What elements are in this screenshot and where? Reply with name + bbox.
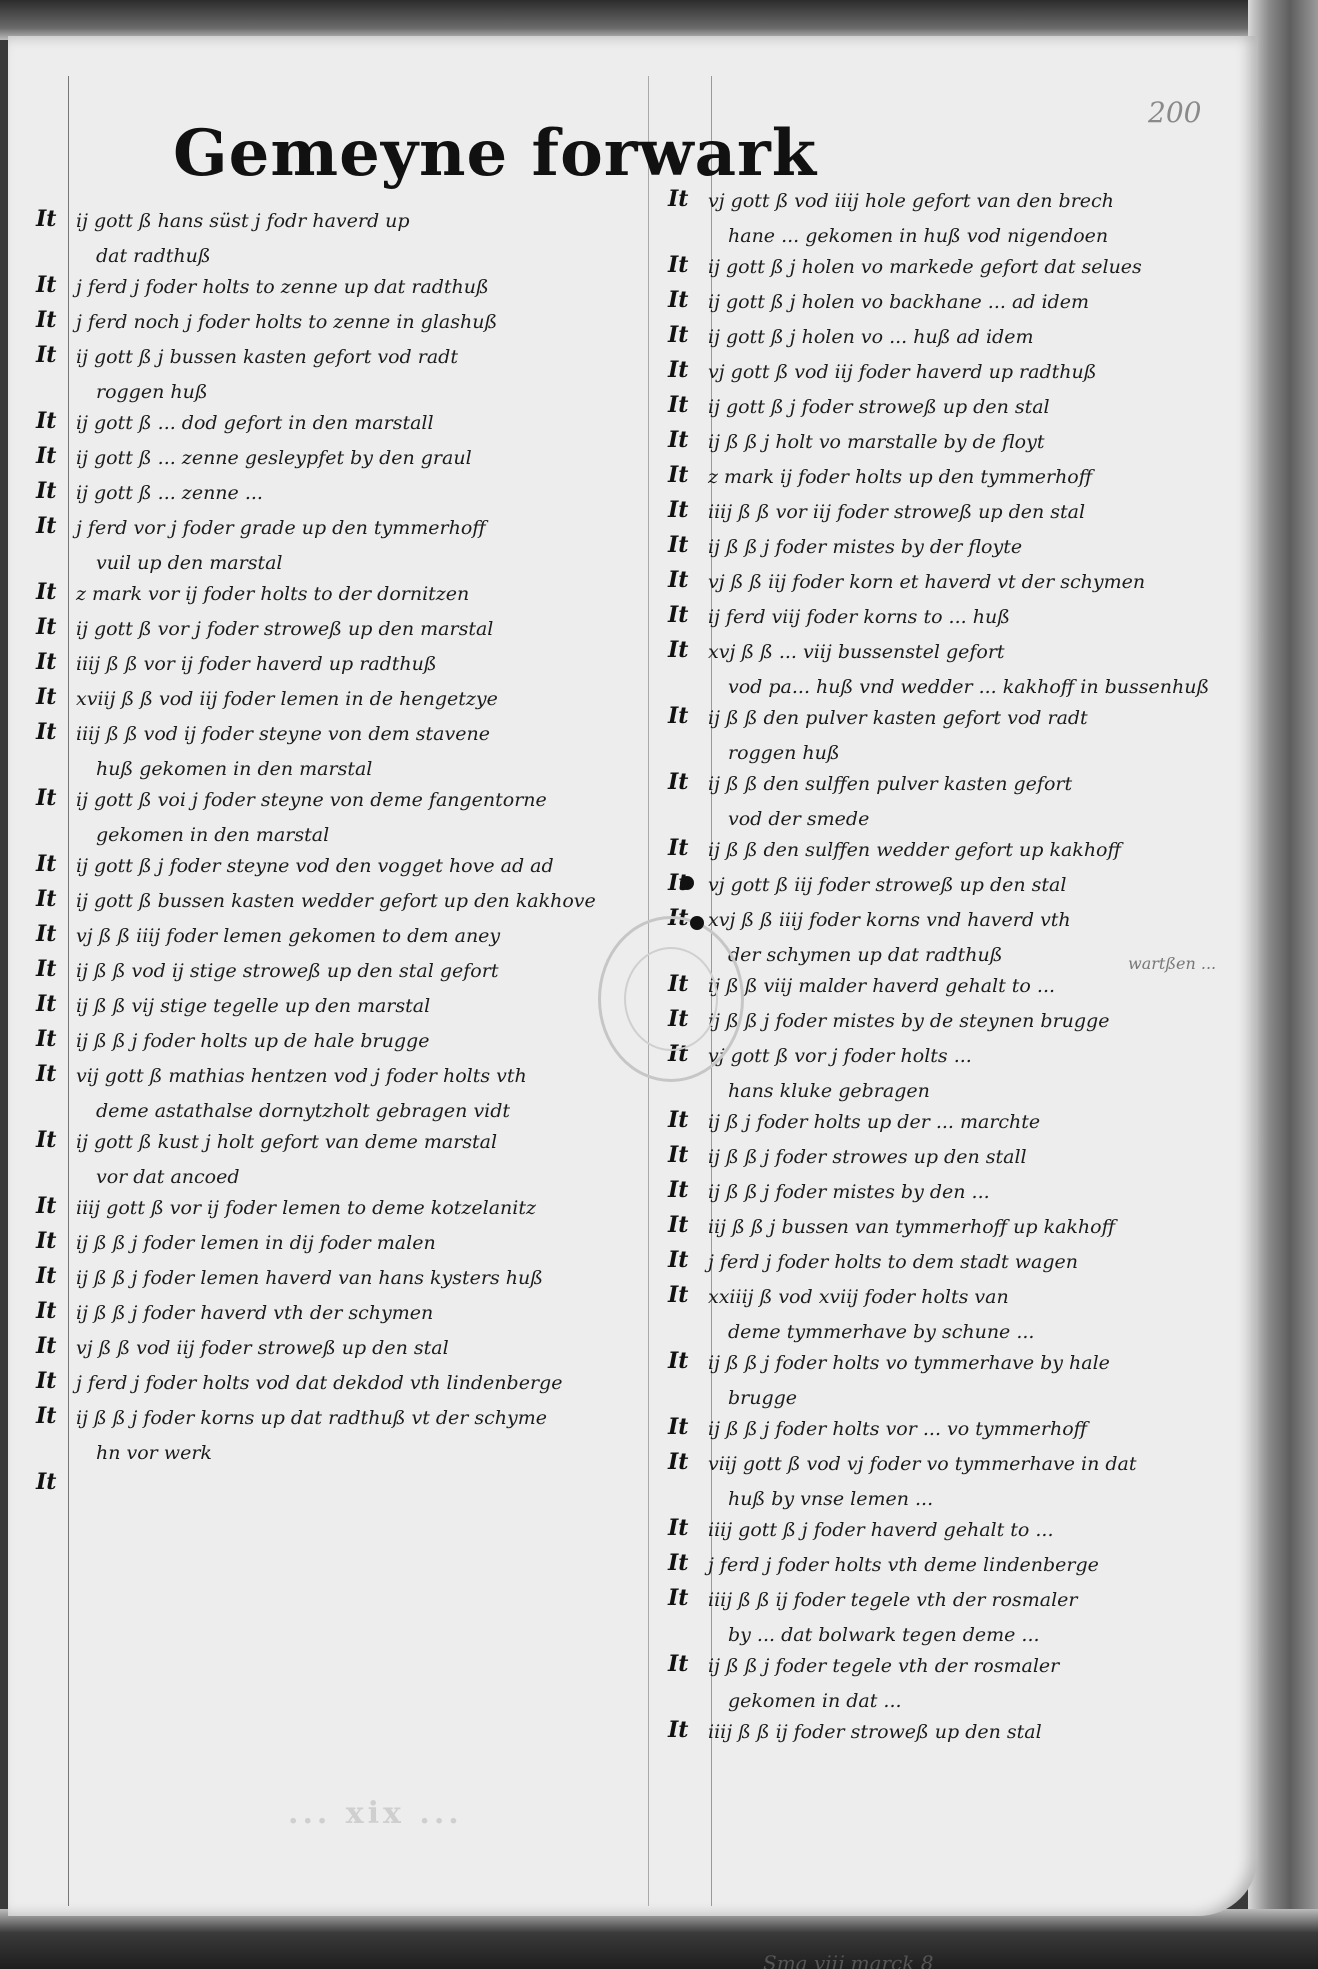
ledger-entry: Itij ß ß vod ij stige stroweß up den sta…: [36, 956, 686, 987]
ledger-entry: Itvij gott ß mathias hentzen vod j foder…: [36, 1061, 686, 1127]
ledger-entry: Itxvj ß ß ... viij bussenstel gefortvod …: [668, 637, 1258, 703]
ledger-entry: Itij gott ß bussen kasten wedder gefort …: [36, 886, 686, 917]
entry-continuation: deme astathalse dornytzholt gebragen vid…: [36, 1096, 686, 1127]
item-mark: It: [36, 1263, 76, 1289]
entry-text: iiij ß ß ij foder tegele vth der rosmale…: [708, 1585, 1077, 1616]
entry-continuation: gekomen in dat ...: [668, 1686, 1258, 1717]
ledger-entry: Itj ferd vor j foder grade up den tymmer…: [36, 513, 686, 579]
library-stamp-icon: [598, 916, 744, 1082]
item-mark: It: [36, 719, 76, 745]
entry-continuation: gekomen in den marstal: [36, 820, 686, 851]
item-mark: It: [36, 408, 76, 434]
entry-text: vj ß ß vod iij foder stroweß up den stal: [76, 1333, 449, 1364]
entry-continuation: roggen huß: [36, 377, 686, 408]
ledger-entry: Itxxiiij ß vod xviij foder holts vandeme…: [668, 1282, 1258, 1348]
item-mark: It: [668, 1348, 708, 1374]
item-mark: It: [36, 956, 76, 982]
entry-text: ij ß ß j foder holts vo tymmerhave by ha…: [708, 1348, 1110, 1379]
entry-text: ij ß ß viij malder haverd gehalt to ...: [708, 971, 1055, 1002]
book-binding-bottom: [0, 1909, 1318, 1969]
item-mark: It: [36, 1333, 76, 1359]
ledger-entry: Itiiij ß ß ij foder stroweß up den stal: [668, 1717, 1258, 1748]
item-mark: It: [668, 1515, 708, 1541]
ledger-entry: Itij ß ß den sulffen wedder gefort up ka…: [668, 835, 1258, 866]
ink-blot: [690, 916, 704, 930]
item-mark: It: [36, 851, 76, 877]
item-mark: It: [36, 342, 76, 368]
entry-text: ij gott ß ... zenne ...: [76, 478, 263, 509]
ledger-entry: Itiiij ß ß ij foder tegele vth der rosma…: [668, 1585, 1258, 1651]
entry-text: vj gott ß vor j foder holts ...: [708, 1041, 972, 1072]
item-mark: It: [668, 497, 708, 523]
item-mark: It: [36, 921, 76, 947]
entry-text: xvj ß ß ... viij bussenstel gefort: [708, 637, 1005, 668]
entry-text: ij ß ß vij stige tegelle up den marstal: [76, 991, 430, 1022]
entry-continuation: vod pa... huß vnd wedder ... kakhoff in …: [668, 672, 1258, 703]
item-mark: It: [668, 1717, 708, 1743]
entry-text: iij ß ß j bussen van tymmerhoff up kakho…: [708, 1212, 1115, 1243]
ledger-entry: Itij ß ß j foder holts up de hale brugge: [36, 1026, 686, 1057]
entry-text: viij gott ß vod vj foder vo tymmerhave i…: [708, 1449, 1137, 1480]
folio-number: 200: [1148, 96, 1201, 129]
entry-text: ij ß ß j foder lemen haverd van hans kys…: [76, 1263, 543, 1294]
entry-continuation: roggen huß: [668, 738, 1258, 769]
ledger-entry: Itxviij ß ß vod iij foder lemen in de he…: [36, 684, 686, 715]
ledger-entry: Itij ß ß j foder mistes by der floyte: [668, 532, 1258, 563]
manuscript-page: 200 Gemeyne forwark Itij gott ß hans süs…: [8, 36, 1258, 1916]
entry-text: ij ß ß vod ij stige stroweß up den stal …: [76, 956, 498, 987]
ledger-entry: Itij ß ß j foder haverd vth der schymen: [36, 1298, 686, 1329]
item-mark: It: [668, 462, 708, 488]
entry-text: ij gott ß voi j foder steyne von deme fa…: [76, 785, 547, 816]
entry-text: ij gott ß j bussen kasten gefort vod rad…: [76, 342, 458, 373]
stamp-inner-ring: [624, 947, 718, 1051]
item-mark: It: [668, 252, 708, 278]
entry-continuation: huß gekomen in den marstal: [36, 754, 686, 785]
ledger-entry: Itij ß ß j foder lemen in dij foder male…: [36, 1228, 686, 1259]
item-mark: It: [36, 785, 76, 811]
entry-continuation: hn vor werk: [36, 1438, 686, 1469]
entry-text: ij gott ß j holen vo backhane ... ad ide…: [708, 287, 1089, 318]
ledger-entry: Itij gott ß ... zenne gesleypfet by den …: [36, 443, 686, 474]
item-mark: It: [36, 307, 76, 333]
faint-offset-text: ... xix ...: [288, 1796, 463, 1831]
book-binding-top: [0, 0, 1318, 40]
item-mark: It: [668, 703, 708, 729]
ledger-entry: Itj ferd j foder holts to zenne up dat r…: [36, 272, 686, 303]
item-mark: It: [36, 1127, 76, 1153]
ledger-entry: Itij gott ß j foder stroweß up den stal: [668, 392, 1258, 423]
ledger-entry: Itj ferd j foder holts to dem stadt wage…: [668, 1247, 1258, 1278]
ledger-entry: Itiiij gott ß vor ij foder lemen to deme…: [36, 1193, 686, 1224]
entry-text: j ferd j foder holts vth deme lindenberg…: [708, 1550, 1099, 1581]
ledger-entry: Itiiij ß ß vor ij foder haverd up radthu…: [36, 649, 686, 680]
item-mark: It: [36, 579, 76, 605]
entry-text: ij ß ß j foder holts up de hale brugge: [76, 1026, 429, 1057]
entry-text: ij ß ß j foder mistes by der floyte: [708, 532, 1022, 563]
item-mark: It: [668, 602, 708, 628]
ledger-entry: Itij ß ß j foder holts vor ... vo tymmer…: [668, 1414, 1258, 1445]
ledger-entry: Itvj ß ß iij foder korn et haverd vt der…: [668, 567, 1258, 598]
item-mark: It: [668, 186, 708, 212]
entry-text: j ferd noch j foder holts to zenne in gl…: [76, 307, 497, 338]
left-column-entries: Itij gott ß hans süst j fodr haverd upda…: [36, 206, 686, 1499]
ledger-entry: Itvj gott ß iij foder stroweß up den sta…: [668, 870, 1258, 901]
entry-text: ij ß ß j holt vo marstalle by de floyt: [708, 427, 1044, 458]
entry-text: ij ferd viij foder korns to ... huß: [708, 602, 1010, 633]
entry-text: iiij gott ß vor ij foder lemen to deme k…: [76, 1193, 536, 1224]
ledger-entry: Itiiij ß ß vor iij foder stroweß up den …: [668, 497, 1258, 528]
entry-text: ij gott ß j foder steyne vod den vogget …: [76, 851, 554, 882]
entry-text: vj gott ß iij foder stroweß up den stal: [708, 870, 1066, 901]
entry-text: ij ß ß j foder haverd vth der schymen: [76, 1298, 433, 1329]
ledger-entry: Itvj gott ß vod iiij hole gefort van den…: [668, 186, 1258, 252]
item-mark: It: [36, 1298, 76, 1324]
ledger-entry: Itij gott ß hans süst j fodr haverd upda…: [36, 206, 686, 272]
entry-text: vj ß ß iij foder korn et haverd vt der s…: [708, 567, 1145, 598]
item-mark: It: [36, 991, 76, 1017]
ledger-entry: Itij ß ß j foder mistes by de steynen br…: [668, 1006, 1258, 1037]
item-mark: It: [36, 478, 76, 504]
entry-text: vj gott ß vod iij foder haverd up radthu…: [708, 357, 1096, 388]
item-mark: It: [36, 1403, 76, 1429]
item-mark: It: [36, 614, 76, 640]
entry-text: j ferd j foder holts vod dat dekdod vth …: [76, 1368, 562, 1399]
entry-continuation: by ... dat bolwark tegen deme ...: [668, 1620, 1258, 1651]
entry-continuation: brugge: [668, 1383, 1258, 1414]
entry-text: iiij ß ß ij foder stroweß up den stal: [708, 1717, 1042, 1748]
entry-text: ij ß ß j foder strowes up den stall: [708, 1142, 1027, 1173]
ledger-entry: Itvj gott ß vor j foder holts ... hans k…: [668, 1041, 1258, 1107]
item-mark: It: [36, 886, 76, 912]
ledger-entry: Itij ß ß j holt vo marstalle by de floyt: [668, 427, 1258, 458]
page-heading: Gemeyne forwark: [173, 116, 817, 191]
item-mark: It: [668, 769, 708, 795]
item-mark: It: [668, 357, 708, 383]
ledger-entry: Itij gott ß j holen vo ... huß ad idem: [668, 322, 1258, 353]
entry-text: iiij ß ß vor iij foder stroweß up den st…: [708, 497, 1085, 528]
item-mark: It: [668, 835, 708, 861]
entry-continuation: vor dat ancoed: [36, 1162, 686, 1193]
entry-continuation: deme tymmerhave by schune ...: [668, 1317, 1258, 1348]
ledger-entry: Itij ß ß viij malder haverd gehalt to ..…: [668, 971, 1258, 1002]
ink-blot: [680, 876, 694, 890]
entry-text: vij gott ß mathias hentzen vod j foder h…: [76, 1061, 527, 1092]
item-mark: It: [668, 1107, 708, 1133]
ledger-entry: Itz mark vor ij foder holts to der dorni…: [36, 579, 686, 610]
entry-text: ij ß ß den sulffen pulver kasten gefort: [708, 769, 1072, 800]
ledger-entry: Itz mark ij foder holts up den tymmerhof…: [668, 462, 1258, 493]
entry-text: ij ß ß j foder lemen in dij foder malen: [76, 1228, 436, 1259]
entry-text: ij ß ß j foder korns up dat radthuß vt d…: [76, 1403, 547, 1434]
ledger-entry: Itij gott ß kust j holt gefort van deme …: [36, 1127, 686, 1193]
item-mark: It: [668, 1247, 708, 1273]
item-mark: It: [668, 1550, 708, 1576]
entry-text: z mark vor ij foder holts to der dornitz…: [76, 579, 469, 610]
entry-text: ij ß ß j foder tegele vth der rosmaler: [708, 1651, 1059, 1682]
ledger-entry: Itij ß ß den pulver kasten gefort vod ra…: [668, 703, 1258, 769]
entry-text: ij gott ß vor j foder stroweß up den mar…: [76, 614, 493, 645]
item-mark: It: [668, 1651, 708, 1677]
ledger-entry: Itiiij ß ß vod ij foder steyne von dem s…: [36, 719, 686, 785]
item-mark: It: [36, 443, 76, 469]
entry-continuation: vod der smede: [668, 804, 1258, 835]
item-mark: It: [668, 392, 708, 418]
ledger-entry: Itiiij gott ß j foder haverd gehalt to .…: [668, 1515, 1258, 1546]
item-mark: It: [668, 287, 708, 313]
item-mark: It: [668, 322, 708, 348]
entry-text: ij gott ß hans süst j fodr haverd up: [76, 206, 410, 237]
item-mark: It: [668, 1142, 708, 1168]
ledger-entry: Itij ß ß j foder tegele vth der rosmaler…: [668, 1651, 1258, 1717]
item-mark: It: [36, 649, 76, 675]
ledger-entry: Itij ß ß j foder holts vo tymmerhave by …: [668, 1348, 1258, 1414]
item-mark: It: [36, 1193, 76, 1219]
ledger-entry: Itij ß ß j foder korns up dat radthuß vt…: [36, 1403, 686, 1469]
item-mark: It: [668, 1585, 708, 1611]
entry-text: ij ß ß j foder holts vor ... vo tymmerho…: [708, 1414, 1087, 1445]
item-mark: It: [36, 684, 76, 710]
ledger-entry: Itij ß ß j foder lemen haverd van hans k…: [36, 1263, 686, 1294]
entry-text: xxiiij ß vod xviij foder holts van: [708, 1282, 1009, 1313]
entry-continuation: vuil up den marstal: [36, 548, 686, 579]
ledger-entry: Itij ß ß j foder mistes by den ...: [668, 1177, 1258, 1208]
entry-text: iiij gott ß j foder haverd gehalt to ...: [708, 1515, 1054, 1546]
entry-text: ij ß ß j foder mistes by den ...: [708, 1177, 990, 1208]
entry-continuation: dat radthuß: [36, 241, 686, 272]
entry-text: ij gott ß ... dod gefort in den marstall: [76, 408, 434, 439]
entry-continuation: hane ... gekomen in huß vod nigendoen: [668, 221, 1258, 252]
entry-text: ij gott ß j foder stroweß up den stal: [708, 392, 1050, 423]
item-mark: It: [668, 427, 708, 453]
ledger-entry: Itj ferd j foder holts vod dat dekdod vt…: [36, 1368, 686, 1399]
item-mark: It: [668, 532, 708, 558]
item-mark: It: [668, 1414, 708, 1440]
entry-text: j ferd j foder holts to zenne up dat rad…: [76, 272, 489, 303]
margin-note: wartßen ...: [1128, 954, 1216, 973]
book-binding-right: [1248, 0, 1318, 1969]
entry-text: iiij ß ß vor ij foder haverd up radthuß: [76, 649, 437, 680]
entry-text: j ferd j foder holts to dem stadt wagen: [708, 1247, 1078, 1278]
entry-text: ij gott ß ... zenne gesleypfet by den gr…: [76, 443, 472, 474]
ledger-entry: Itvj gott ß vod iij foder haverd up radt…: [668, 357, 1258, 388]
ledger-entry: Itij ß ß den sulffen pulver kasten gefor…: [668, 769, 1258, 835]
item-mark: It: [36, 1061, 76, 1087]
entry-text: xviij ß ß vod iij foder lemen in de heng…: [76, 684, 498, 715]
item-mark: It: [668, 1282, 708, 1308]
ledger-entry: Itij gott ß vor j foder stroweß up den m…: [36, 614, 686, 645]
item-mark: It: [36, 272, 76, 298]
entry-text: ij gott ß j holen vo markede gefort dat …: [708, 252, 1142, 283]
ledger-entry: Itij ß j foder holts up der ... marchte: [668, 1107, 1258, 1138]
item-mark: It: [36, 206, 76, 232]
entry-text: ij ß ß den pulver kasten gefort vod radt: [708, 703, 1088, 734]
entry-text: vj gott ß vod iiij hole gefort van den b…: [708, 186, 1114, 217]
bottom-sum-note: Sma viij marck 8: [763, 1951, 933, 1969]
ledger-entry: Itij gott ß ... zenne ...: [36, 478, 686, 509]
ledger-entry: Itij ferd viij foder korns to ... huß: [668, 602, 1258, 633]
item-mark: It: [668, 1449, 708, 1475]
item-mark: It: [668, 1177, 708, 1203]
entry-continuation: hans kluke gebragen: [668, 1076, 1258, 1107]
ledger-entry: Itij ß ß j foder strowes up den stall: [668, 1142, 1258, 1173]
item-mark: It: [668, 637, 708, 663]
ledger-entry: Itviij gott ß vod vj foder vo tymmerhave…: [668, 1449, 1258, 1515]
ledger-entry: It: [36, 1469, 686, 1495]
ledger-entry: Itij gott ß j holen vo markede gefort da…: [668, 252, 1258, 283]
item-mark: It: [36, 513, 76, 539]
entry-text: ij gott ß j holen vo ... huß ad idem: [708, 322, 1033, 353]
entry-text: ij gott ß kust j holt gefort van deme ma…: [76, 1127, 497, 1158]
ledger-entry: Itvj ß ß iiij foder lemen gekomen to dem…: [36, 921, 686, 952]
ledger-entry: Itiij ß ß j bussen van tymmerhoff up kak…: [668, 1212, 1258, 1243]
entry-text: j ferd vor j foder grade up den tymmerho…: [76, 513, 486, 544]
entry-text: ij ß j foder holts up der ... marchte: [708, 1107, 1040, 1138]
entry-text: iiij ß ß vod ij foder steyne von dem sta…: [76, 719, 490, 750]
entry-text: ij ß ß den sulffen wedder gefort up kakh…: [708, 835, 1121, 866]
item-mark: It: [36, 1368, 76, 1394]
item-mark: It: [36, 1469, 76, 1495]
entry-text: vj ß ß iiij foder lemen gekomen to dem a…: [76, 921, 500, 952]
ledger-entry: Itvj ß ß vod iij foder stroweß up den st…: [36, 1333, 686, 1364]
ledger-entry: Itj ferd noch j foder holts to zenne in …: [36, 307, 686, 338]
ledger-entry: Itj ferd j foder holts vth deme lindenbe…: [668, 1550, 1258, 1581]
entry-text: ij gott ß bussen kasten wedder gefort up…: [76, 886, 596, 917]
ledger-entry: Itij ß ß vij stige tegelle up den marsta…: [36, 991, 686, 1022]
item-mark: It: [36, 1026, 76, 1052]
item-mark: It: [668, 1212, 708, 1238]
entry-text: ij ß ß j foder mistes by de steynen brug…: [708, 1006, 1109, 1037]
ledger-entry: Itij gott ß j holen vo backhane ... ad i…: [668, 287, 1258, 318]
ledger-entry: Itij gott ß voi j foder steyne von deme …: [36, 785, 686, 851]
item-mark: It: [36, 1228, 76, 1254]
entry-continuation: huß by vnse lemen ...: [668, 1484, 1258, 1515]
ledger-entry: Itij gott ß ... dod gefort in den marsta…: [36, 408, 686, 439]
entry-text: z mark ij foder holts up den tymmerhoff: [708, 462, 1092, 493]
entry-text: xvj ß ß iiij foder korns vnd haverd vth: [708, 905, 1071, 936]
ledger-entry: Itij gott ß j foder steyne vod den vogge…: [36, 851, 686, 882]
item-mark: It: [668, 567, 708, 593]
ledger-entry: Itij gott ß j bussen kasten gefort vod r…: [36, 342, 686, 408]
